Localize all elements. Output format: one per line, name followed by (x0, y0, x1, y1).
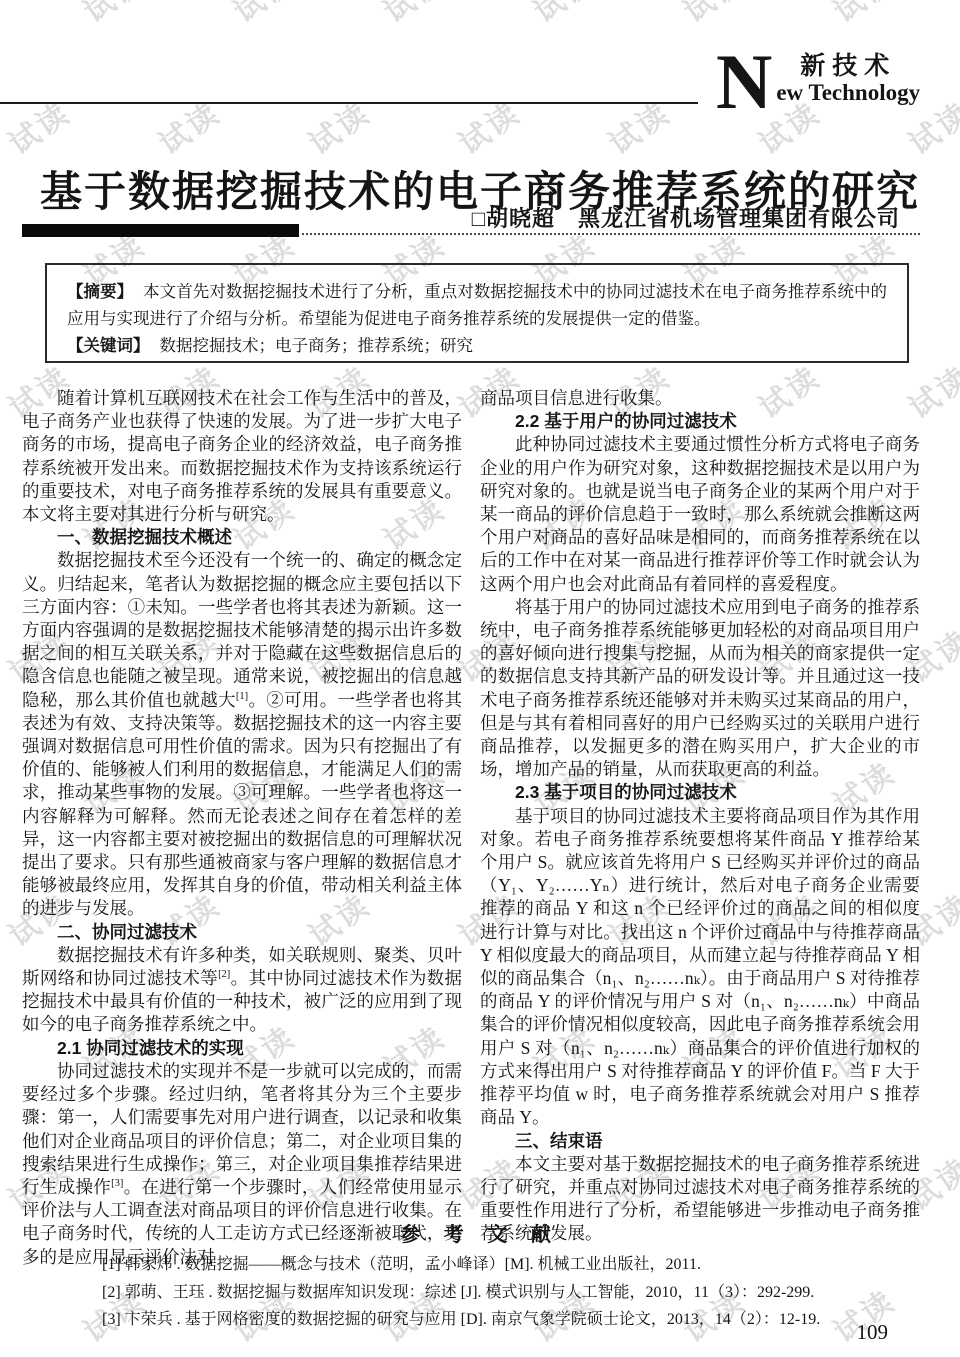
section-heading: 2.3 基于项目的协同过滤技术 (480, 781, 920, 804)
body-paragraph: 将基于用户的协同过滤技术应用到电子商务的推荐系统中，电子商务推荐系统能够更加轻松… (480, 596, 920, 782)
abstract-text: 本文首先对数据挖掘技术进行了分析，重点对数据挖掘技术中的协同过滤技术在电子商务推… (67, 283, 887, 328)
reference-item: [1] 韩家炜 . 数据挖掘——概念与技术（范明，孟小峰译）[M]. 机械工业出… (102, 1251, 960, 1279)
keywords-paragraph: 【关键词】数据挖掘技术；电子商务；推荐系统；研究 (67, 333, 887, 360)
body-paragraph: 随着计算机互联网技术在社会工作与生活中的普及，电子商务产业也获得了快速的发展。为… (22, 387, 462, 526)
journal-name-block: 新技术 ew Technology (776, 50, 920, 106)
body-paragraph: 基于项目的协同过滤技术主要将商品项目作为其作用对象。若电子商务推荐系统要想将某件… (480, 805, 920, 1130)
reference-item: [3] 卞荣兵 . 基于网格密度的数据挖掘的研究与应用 [D]. 南京气象学院硕… (102, 1306, 960, 1334)
body-columns: 随着计算机互联网技术在社会工作与生活中的普及，电子商务产业也获得了快速的发展。为… (22, 387, 920, 1269)
reference-item: [2] 郭萌、王珏 . 数据挖掘与数据库知识发现：综述 [J]. 模式识别与人工… (102, 1279, 960, 1307)
section-heading: 2.2 基于用户的协同过滤技术 (480, 410, 920, 433)
keywords-text: 数据挖掘技术；电子商务；推荐系统；研究 (160, 337, 474, 355)
abstract-box: 【摘要】本文首先对数据挖掘技术进行了分析，重点对数据挖掘技术中的协同过滤技术在电… (45, 263, 909, 363)
body-paragraph: 数据挖掘技术有许多种类，如关联规则、聚类、贝叶斯网络和协同过滤技术等[2]。其中… (22, 944, 462, 1037)
body-paragraph: 商品项目信息进行收集。 (480, 387, 920, 410)
right-column: 商品项目信息进行收集。2.2 基于用户的协同过滤技术此种协同过滤技术主要通过惯性… (480, 387, 920, 1269)
body-paragraph: 数据挖掘技术至今还没有一个统一的、确定的概念定义。归结起来，笔者认为数据挖掘的概… (22, 549, 462, 920)
section-heading: 二、协同过滤技术 (22, 921, 462, 944)
page-content: N 新技术 ew Technology 基于数据挖掘技术的电子商务推荐系统的研究… (0, 0, 960, 1357)
abstract-label: 【摘要】 (67, 283, 133, 301)
references-section: 参 考 文 献 [1] 韩家炜 . 数据挖掘——概念与技术（范明，孟小峰译）[M… (0, 1223, 960, 1334)
decorative-black-bar (22, 224, 299, 237)
keywords-label: 【关键词】 (67, 337, 150, 355)
references-heading: 参 考 文 献 (0, 1223, 960, 1247)
dotted-divider-line (302, 233, 920, 235)
journal-name-en: ew Technology (776, 80, 920, 106)
left-column: 随着计算机互联网技术在社会工作与生活中的普及，电子商务产业也获得了快速的发展。为… (22, 387, 462, 1269)
section-heading: 2.1 协同过滤技术的实现 (22, 1037, 462, 1060)
journal-logo: N 新技术 ew Technology (716, 50, 920, 114)
author-byline: □胡晓超 黑龙江省机场管理集团有限公司 (472, 202, 900, 233)
page-number: 109 (857, 1320, 889, 1345)
journal-name-cn: 新技术 (776, 52, 920, 80)
section-heading: 一、数据挖掘技术概述 (22, 526, 462, 549)
header-divider-line (0, 102, 698, 104)
scanned-paper-page: 试读试读试读试读试读试读试读试读试读试读试读试读试读试读试读试读试读试读试读试读… (0, 0, 960, 1357)
journal-initial-letter: N (716, 50, 772, 114)
references-list: [1] 韩家炜 . 数据挖掘——概念与技术（范明，孟小峰译）[M]. 机械工业出… (102, 1251, 960, 1334)
abstract-paragraph: 【摘要】本文首先对数据挖掘技术进行了分析，重点对数据挖掘技术中的协同过滤技术在电… (67, 279, 887, 333)
body-paragraph: 此种协同过滤技术主要通过惯性分析方式将电子商务企业的用户作为研究对象，这种数据挖… (480, 433, 920, 595)
section-heading: 三、结束语 (480, 1130, 920, 1153)
